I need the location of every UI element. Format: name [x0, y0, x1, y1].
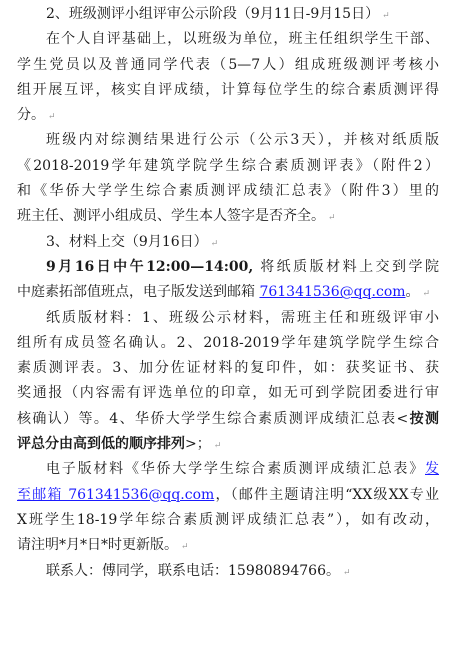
deadline-bold: 9月16日中午12:00—14:00, — [46, 259, 253, 275]
paragraph-mark-icon: ↵ — [343, 568, 351, 578]
text: >； — [185, 436, 211, 452]
paragraph-mark-icon: ↵ — [211, 239, 219, 249]
text-line: 素质测评表。3、加分佐证材料的复印件，如：获奖证书、获 — [17, 356, 439, 381]
text: 电子版材料《华侨大学学生综合素质测评成绩汇总表》 — [46, 461, 425, 477]
text: 中庭素拓部值班点，电子版发送到邮箱 — [17, 284, 255, 300]
text-line: 电子版材料《华侨大学学生综合素质测评成绩汇总表》发 — [17, 457, 439, 482]
text-line: 至邮箱 761341536@qq.com，（邮件主题请注明“XX级XX专业 — [17, 483, 439, 508]
paragraph-mark-icon: ↵ — [48, 112, 56, 122]
deadline-text: 将纸质版材料上交到学院 — [260, 259, 439, 275]
text-line: 分。↵ — [17, 103, 439, 128]
text: 分。 — [17, 107, 45, 123]
bold-text: 按测 — [408, 411, 439, 427]
text-line: 组开展互评，核实自评成绩，计算每位学生的综合素质测评得 — [17, 78, 439, 103]
document-body: 2、班级测评小组评审公示阶段（9月11日-9月15日）↵ 在个人自评基础上，以班… — [17, 2, 439, 584]
text-line: 学生党员以及普通同学代表（5—7人）组成班级测评考核小 — [17, 53, 439, 78]
paragraph-mark-icon: ↵ — [382, 11, 390, 21]
text-line: 班主任、测评小组成员、学生本人签字是否齐全。↵ — [17, 204, 439, 229]
text: 核确认）等。4、华侨大学学生综合素质测评成绩汇总表< — [17, 411, 408, 427]
text-line: 纸质版材料：1、班级公示材料，需班主任和班级评审小 — [17, 306, 439, 331]
email-link[interactable]: 至邮箱 761341536@qq.com — [17, 487, 214, 503]
text-line: 和《华侨大学学生综合素质测评成绩汇总表》（附件3）里的 — [17, 179, 439, 204]
paragraph-mark-icon: ↵ — [328, 213, 336, 223]
text: ，（邮件主题请注明“XX级XX专业 — [214, 487, 439, 503]
text-line: 奖通报（内容需有评选单位的印章，如无可到学院团委进行审 — [17, 381, 439, 406]
text-line: 在个人自评基础上，以班级为单位，班主任组织学生干部、 — [17, 27, 439, 52]
text-line: 组所有成员签名确认。2、2018-2019学年建筑学院学生综合 — [17, 331, 439, 356]
heading-text: 2、班级测评小组评审公示阶段（9月11日-9月15日） — [46, 6, 379, 22]
email-link[interactable]: 761341536@qq.com — [259, 284, 405, 300]
contact-line: 联系人：傅同学，联系电话：15980894766。↵ — [17, 559, 439, 584]
text-line: 评总分由高到低的顺序排列>；↵ — [17, 432, 439, 457]
text: 请注明*月*日*时更新版。 — [17, 537, 178, 553]
section-3-heading: 3、材料上交（9月16日）↵ — [17, 230, 439, 255]
deadline-line: 9月16日中午12:00—14:00, 将纸质版材料上交到学院 — [17, 255, 439, 280]
text-line: X班学生18-19学年综合素质测评成绩汇总表”），如有改动， — [17, 508, 439, 533]
paragraph-mark-icon: ↵ — [181, 542, 189, 552]
section-2-heading: 2、班级测评小组评审公示阶段（9月11日-9月15日）↵ — [17, 2, 439, 27]
heading-text: 3、材料上交（9月16日） — [46, 234, 208, 250]
text-line: 核确认）等。4、华侨大学学生综合素质测评成绩汇总表<按测 — [17, 407, 439, 432]
text-line: 请注明*月*日*时更新版。↵ — [17, 533, 439, 558]
contact-text: 联系人：傅同学，联系电话：15980894766。 — [46, 563, 340, 579]
text-line: 《2018-2019学年建筑学院学生综合素质测评表》（附件2） — [17, 154, 439, 179]
paragraph-mark-icon: ↵ — [423, 289, 431, 299]
paragraph-mark-icon: ↵ — [214, 441, 222, 451]
text: 。 — [406, 284, 420, 300]
text: 班主任、测评小组成员、学生本人签字是否齐全。 — [17, 208, 325, 224]
bold-text: 评总分由高到低的顺序排列 — [17, 436, 185, 452]
deadline-line-2: 中庭素拓部值班点，电子版发送到邮箱 761341536@qq.com。↵ — [17, 280, 439, 305]
text-line: 班级内对综测结果进行公示（公示3天），并核对纸质版 — [17, 128, 439, 153]
email-link-part[interactable]: 发 — [425, 461, 439, 477]
